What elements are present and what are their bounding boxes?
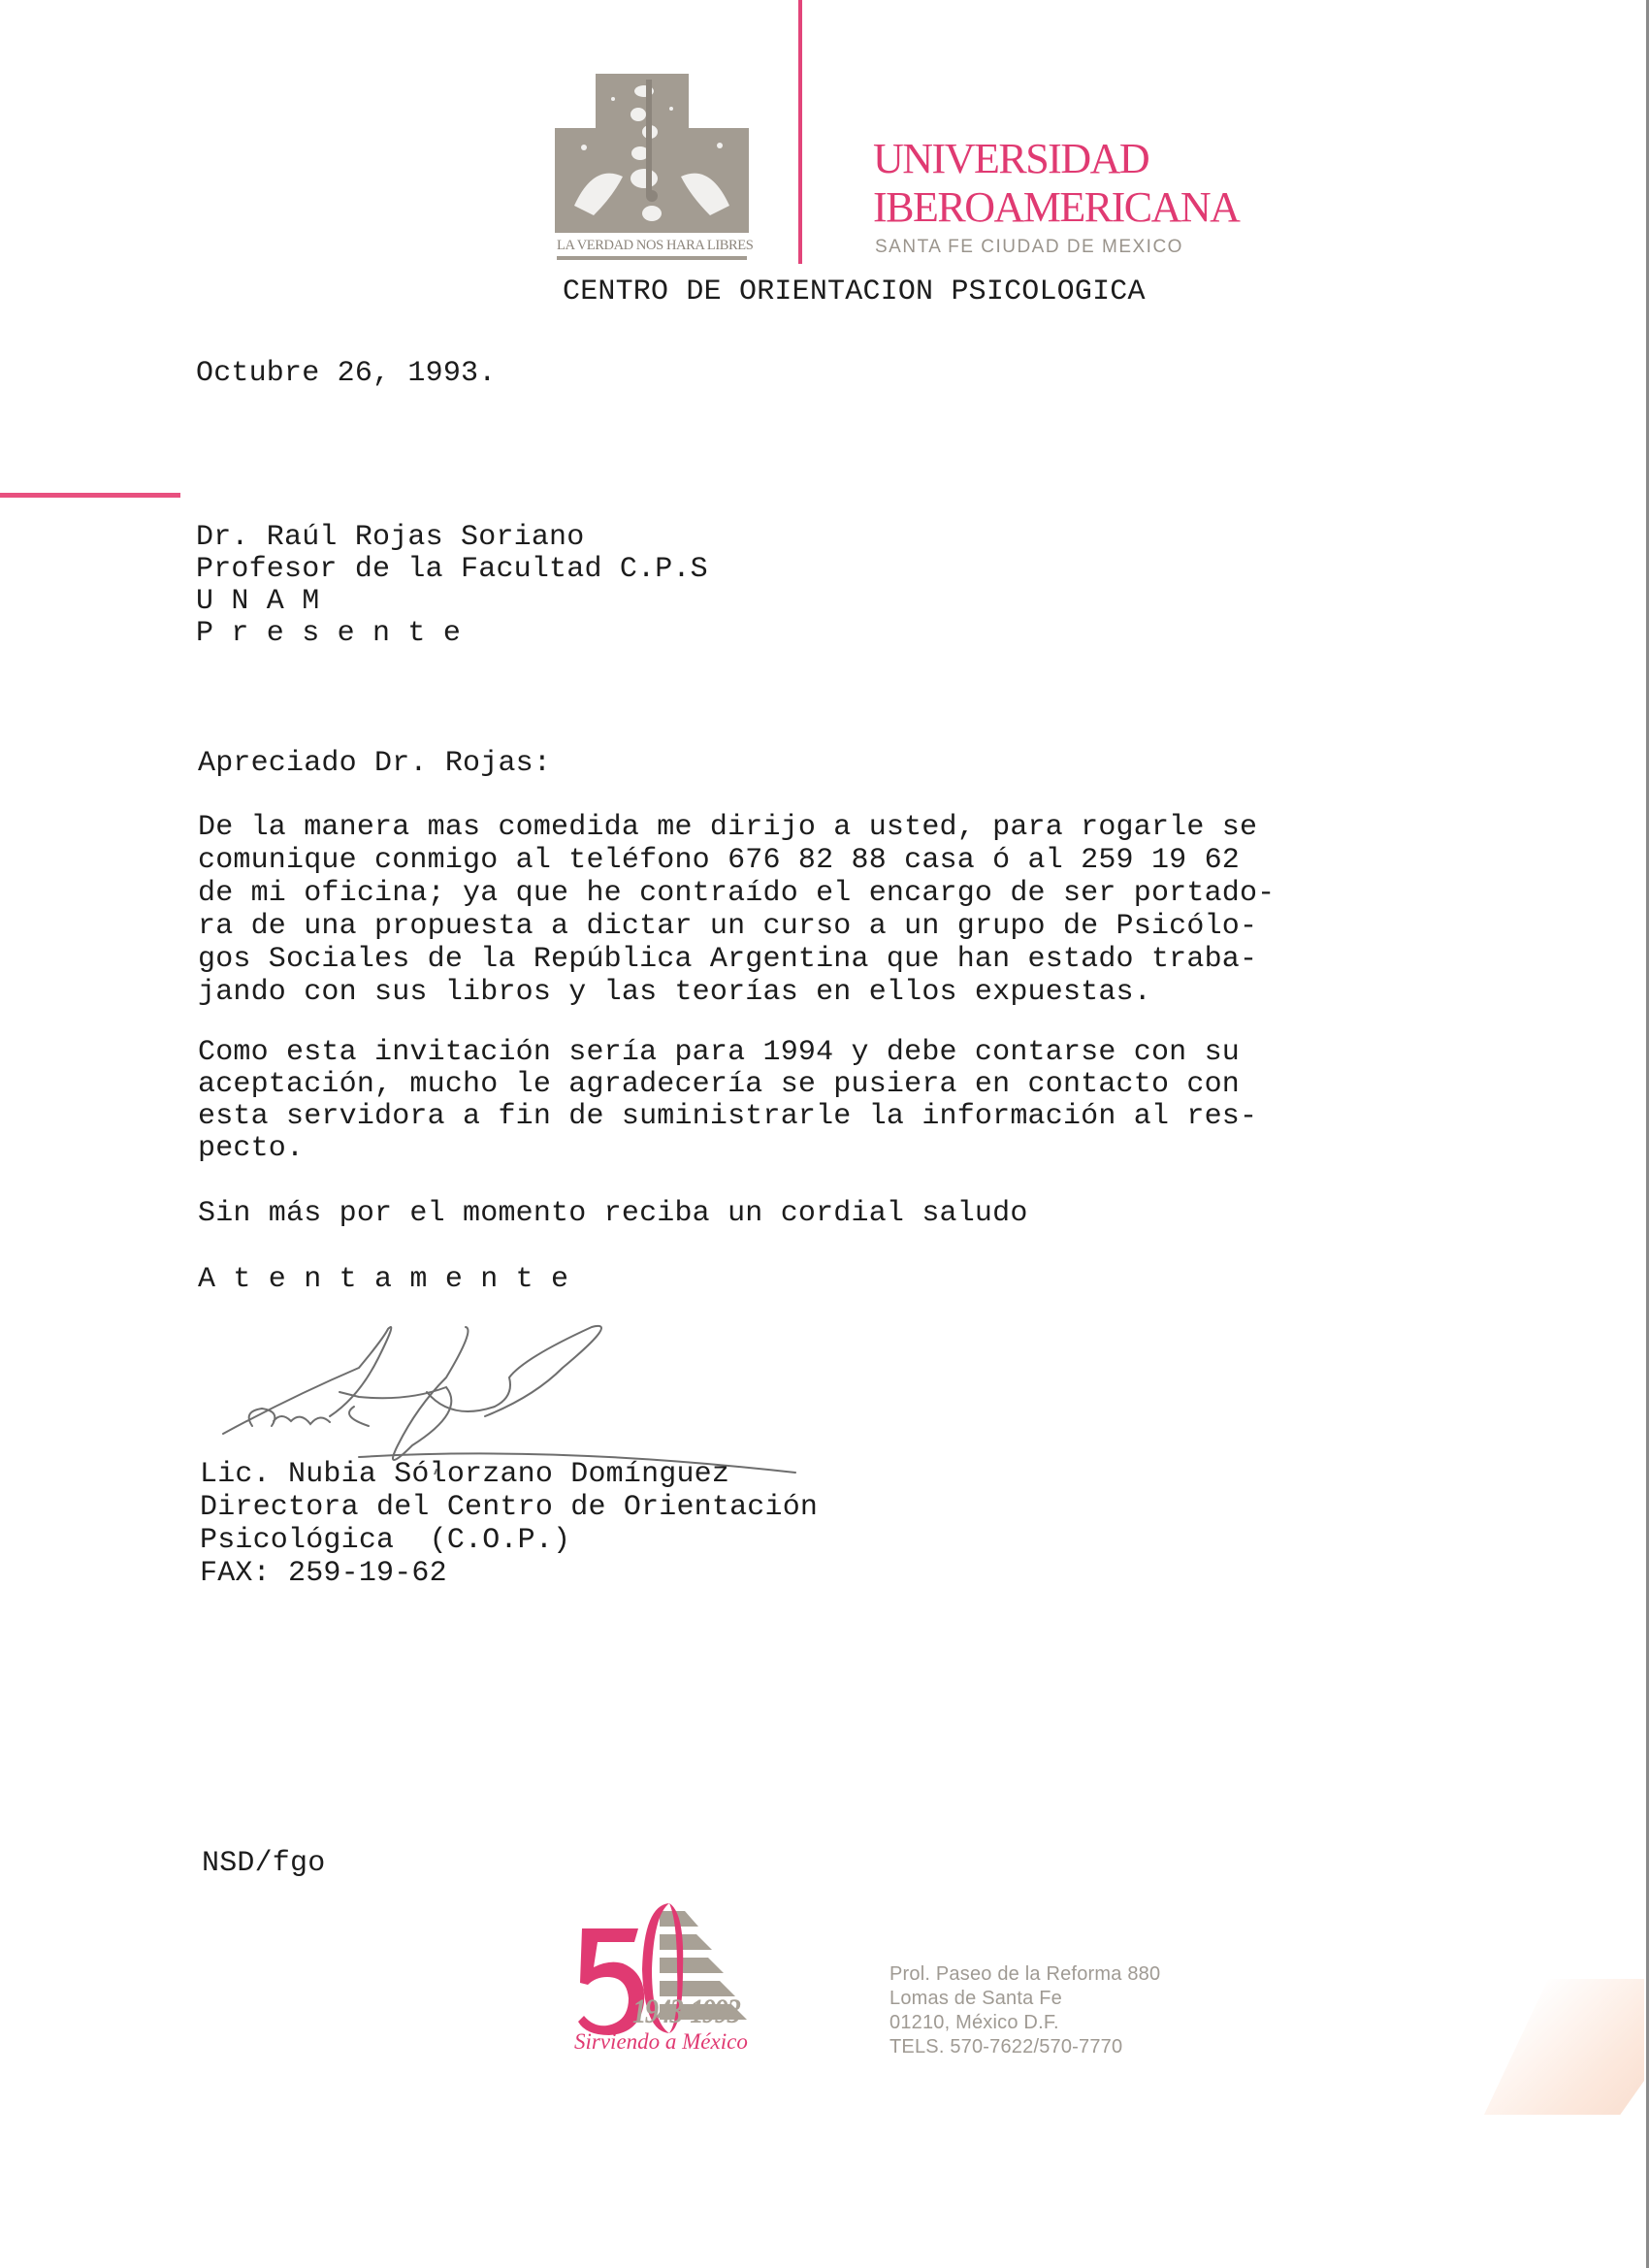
address-line: TELS. 570-7622/570-7770 bbox=[889, 2036, 1122, 2058]
body-line: ra de una propuesta a dictar un curso a … bbox=[198, 910, 1257, 943]
closing-line: Sin más por el momento reciba un cordial… bbox=[198, 1197, 1028, 1230]
signoff: A t e n t a m e n t e bbox=[198, 1263, 568, 1296]
address-line: Prol. Paseo de la Reforma 880 bbox=[889, 1963, 1160, 1986]
body-line: esta servidora a fin de suministrarle la… bbox=[198, 1100, 1257, 1133]
paper-stain bbox=[1484, 1979, 1644, 2115]
body-line: aceptación, mucho le agradecería se pusi… bbox=[198, 1068, 1240, 1101]
letterhead-divider bbox=[798, 0, 802, 264]
handwritten-signature-icon bbox=[213, 1319, 873, 1474]
signer-line: Directora del Centro de Orientación bbox=[200, 1491, 818, 1524]
body-line: gos Sociales de la República Argentina q… bbox=[198, 943, 1257, 976]
body-line: De la manera mas comedida me dirijo a us… bbox=[198, 811, 1257, 844]
fold-mark bbox=[0, 493, 180, 498]
recipient-line: Dr. Raúl Rojas Soriano bbox=[196, 521, 584, 554]
body-line: de mi oficina; ya que he contraído el en… bbox=[198, 877, 1275, 910]
signer-line: FAX: 259-19-62 bbox=[200, 1557, 447, 1590]
letter-date: Octubre 26, 1993. bbox=[196, 357, 496, 390]
salutation: Apreciado Dr. Rojas: bbox=[198, 747, 551, 780]
university-campus: SANTA FE CIUDAD DE MEXICO bbox=[875, 237, 1183, 258]
body-line: jando con sus libros y las teorías en el… bbox=[198, 976, 1151, 1009]
letter-page: LA VERDAD NOS HARA LIBRES UNIVERSIDAD IB… bbox=[0, 0, 1649, 2268]
signer-line: Psicológica (C.O.P.) bbox=[200, 1524, 570, 1557]
motto-rule bbox=[557, 256, 747, 260]
anniversary-slogan: Sirviendo a México bbox=[574, 2029, 748, 2055]
body-line: Como esta invitación sería para 1994 y d… bbox=[198, 1036, 1240, 1069]
body-line: comunique conmigo al teléfono 676 82 88 … bbox=[198, 844, 1240, 877]
recipient-line: U N A M bbox=[196, 585, 319, 618]
address-line: Lomas de Santa Fe bbox=[889, 1988, 1062, 2010]
university-crest-icon bbox=[555, 70, 749, 260]
anniversary-years: 1943-1993 bbox=[632, 1991, 739, 2031]
university-motto: LA VERDAD NOS HARA LIBRES bbox=[557, 238, 747, 254]
recipient-line: P r e s e n t e bbox=[196, 617, 461, 650]
signer-line: Lic. Nubia Sólorzano Domínguez bbox=[200, 1458, 729, 1491]
department-title: CENTRO DE ORIENTACION PSICOLOGICA bbox=[563, 275, 1146, 308]
address-line: 01210, México D.F. bbox=[889, 2012, 1059, 2034]
reference-initials: NSD/fgo bbox=[202, 1847, 325, 1880]
university-name-line1: UNIVERSIDAD bbox=[873, 134, 1148, 183]
university-name-line2: IBEROAMERICANA bbox=[873, 182, 1239, 232]
body-line: pecto. bbox=[198, 1132, 304, 1165]
recipient-line: Profesor de la Facultad C.P.S bbox=[196, 553, 708, 586]
